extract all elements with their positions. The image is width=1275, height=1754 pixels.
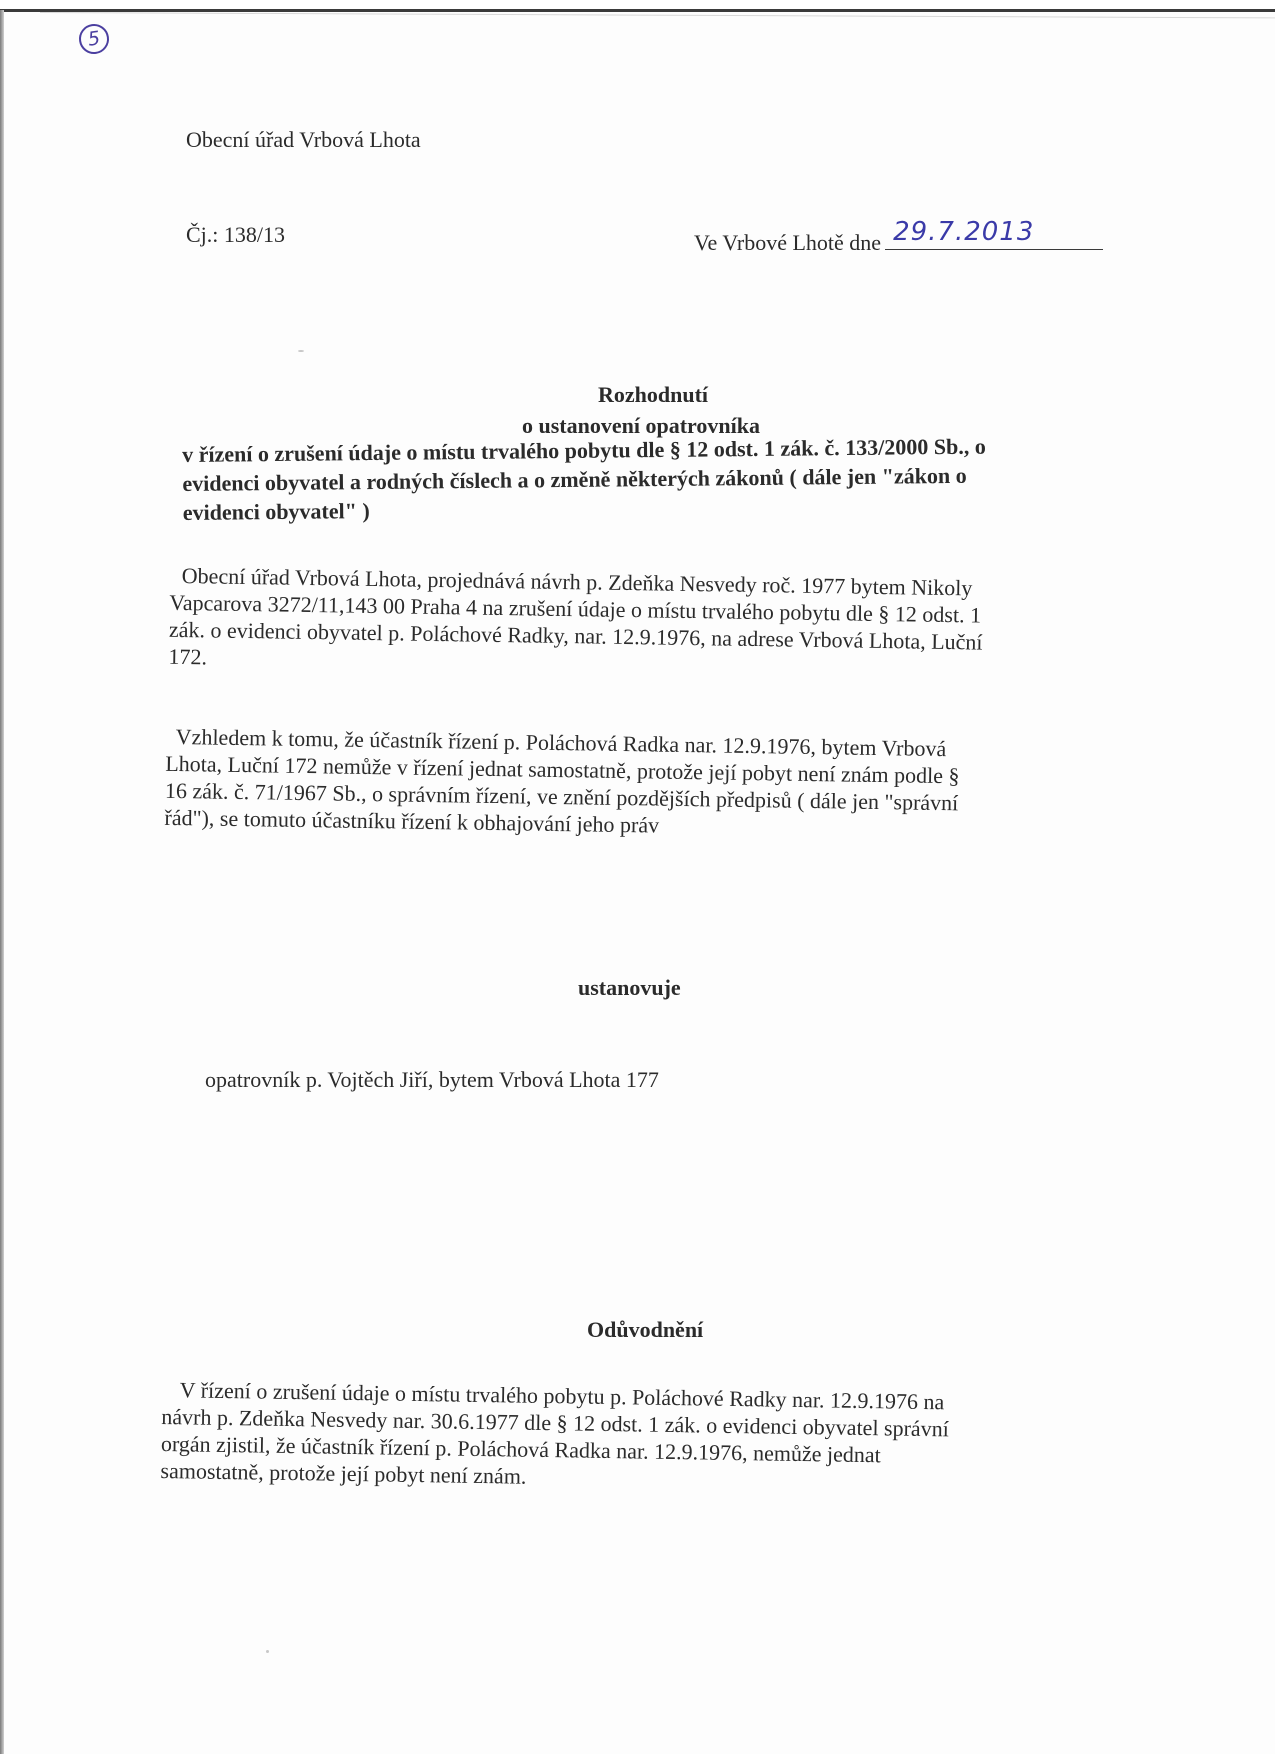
place-and-date: Ve Vrbové Lhotě dne29.7.2013 xyxy=(694,225,1103,256)
scan-artifact-line xyxy=(40,12,1275,18)
justification-heading: Odůvodnění xyxy=(587,1317,703,1343)
scanned-document-page: 5 Obecní úřad Vrbová Lhota Čj.: 138/13 V… xyxy=(0,0,1275,1754)
paragraph-proposal: Obecní úřad Vrbová Lhota, projednává náv… xyxy=(180,562,983,683)
decision-verb: ustanovuje xyxy=(578,975,681,1001)
scan-speck xyxy=(266,1650,269,1653)
handwritten-page-number: 5 xyxy=(77,22,111,56)
issuing-office: Obecní úřad Vrbová Lhota xyxy=(186,126,421,153)
scan-left-edge xyxy=(0,10,4,1754)
paragraph-reasoning: Vzhledem k tomu, že účastník řízení p. P… xyxy=(174,723,960,843)
place-label: Ve Vrbové Lhotě dne xyxy=(694,230,881,255)
appointed-guardian: opatrovník p. Vojtěch Jiří, bytem Vrbová… xyxy=(205,1066,659,1093)
reference-number: Čj.: 138/13 xyxy=(186,221,285,248)
document-title: Rozhodnutí xyxy=(598,382,708,408)
date-signature-line: 29.7.2013 xyxy=(885,225,1103,250)
handwritten-date: 29.7.2013 xyxy=(893,219,1034,246)
scan-speck xyxy=(298,350,304,352)
subject-block: v řízení o zrušení údaje o místu trvaléh… xyxy=(182,430,1173,527)
paragraph-justification: V řízení o zrušení údaje o místu trvaléh… xyxy=(160,1376,949,1496)
scan-top-edge xyxy=(0,0,1275,12)
